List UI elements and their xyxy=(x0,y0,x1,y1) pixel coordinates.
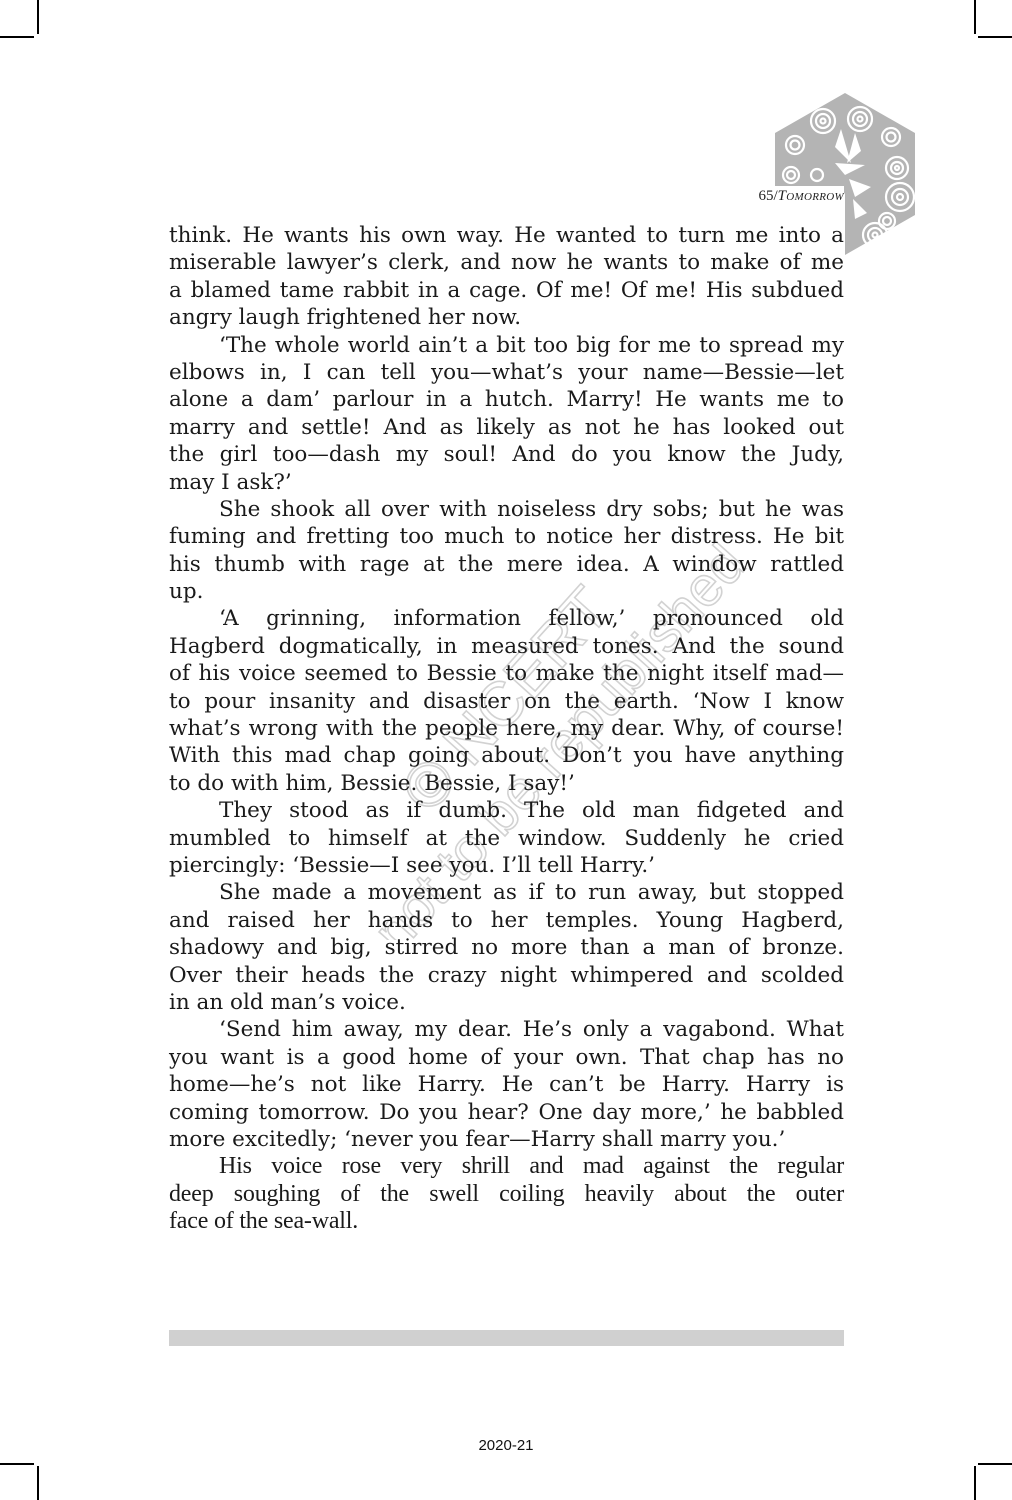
crop-mark-bottom-left-v xyxy=(37,1466,39,1500)
text-line: alone a dam’ parlour in a hutch. Marry! … xyxy=(169,386,844,413)
text-line: home—he’s not like Harry. He can’t be Ha… xyxy=(169,1071,844,1098)
story-body: think. He wants his own way. He wanted t… xyxy=(169,222,844,1235)
crop-mark-bottom-right-v xyxy=(974,1466,976,1500)
text-line: She made a movement as if to run away, b… xyxy=(169,879,844,906)
text-line: With this mad chap going about. Don’t yo… xyxy=(169,742,844,769)
text-line: marry and settle! And as likely as not h… xyxy=(169,414,844,441)
text-line: fuming and fretting too much to notice h… xyxy=(169,523,844,550)
text-line: to do with him, Bessie. Bessie, I say!’ xyxy=(169,770,844,797)
text-line: mumbled to himself at the window. Sudden… xyxy=(169,825,844,852)
text-line: and raised her hands to her temples. You… xyxy=(169,907,844,934)
text-line: They stood as if dumb. The old man fidge… xyxy=(169,797,844,824)
text-line: elbows in, I can tell you—what’s your na… xyxy=(169,359,844,386)
text-line: more excitedly; ‘never you fear—Harry sh… xyxy=(169,1126,844,1153)
text-line: in an old man’s voice. xyxy=(169,989,844,1016)
footer-bar xyxy=(169,1330,844,1346)
crop-mark-bottom-right-h xyxy=(978,1463,1012,1465)
text-line: what’s wrong with the people here, my de… xyxy=(169,715,844,742)
text-line: She shook all over with noiseless dry so… xyxy=(169,496,844,523)
text-line: his thumb with rage at the mere idea. A … xyxy=(169,551,844,578)
crop-mark-top-left-v xyxy=(37,0,39,34)
text-line: the girl too—dash my soul! And do you kn… xyxy=(169,441,844,468)
text-line: His voice rose very shrill and mad again… xyxy=(169,1153,844,1180)
text-line: angry laugh frightened her now. xyxy=(169,304,844,331)
text-line: think. He wants his own way. He wanted t… xyxy=(169,222,844,249)
crop-mark-top-left-h xyxy=(0,36,34,38)
text-line: miserable lawyer’s clerk, and now he wan… xyxy=(169,249,844,276)
chapter-title: Tomorrow xyxy=(778,188,844,204)
text-line: Hagberd dogmatically, in measured tones.… xyxy=(169,633,844,660)
text-line: to pour insanity and disaster on the ear… xyxy=(169,688,844,715)
text-line: deep soughing of the swell coiling heavi… xyxy=(169,1181,844,1208)
crop-mark-top-right-v xyxy=(974,0,976,34)
text-line: piercingly: ‘Bessie—I see you. I’ll tell… xyxy=(169,852,844,879)
crop-mark-top-right-h xyxy=(978,36,1012,38)
text-line: up. xyxy=(169,578,844,605)
text-line: you want is a good home of your own. Tha… xyxy=(169,1044,844,1071)
edition-year: 2020-21 xyxy=(0,1437,1012,1454)
crop-mark-bottom-left-h xyxy=(0,1463,34,1465)
text-line: face of the sea-wall. xyxy=(169,1208,844,1235)
running-head: 65/Tomorrow xyxy=(752,186,844,207)
text-line: may I ask?’ xyxy=(169,469,844,496)
page-number: 65 xyxy=(758,188,773,204)
text-line: coming tomorrow. Do you hear? One day mo… xyxy=(169,1099,844,1126)
text-line: ‘A grinning, information fellow,’ pronou… xyxy=(169,605,844,632)
text-line: Over their heads the crazy night whimper… xyxy=(169,962,844,989)
text-line: a blamed tame rabbit in a cage. Of me! O… xyxy=(169,277,844,304)
text-line: ‘Send him away, my dear. He’s only a vag… xyxy=(169,1016,844,1043)
text-line: ‘The whole world ain’t a bit too big for… xyxy=(169,332,844,359)
text-line: shadowy and big, stirred no more than a … xyxy=(169,934,844,961)
text-line: of his voice seemed to Bessie to make th… xyxy=(169,660,844,687)
